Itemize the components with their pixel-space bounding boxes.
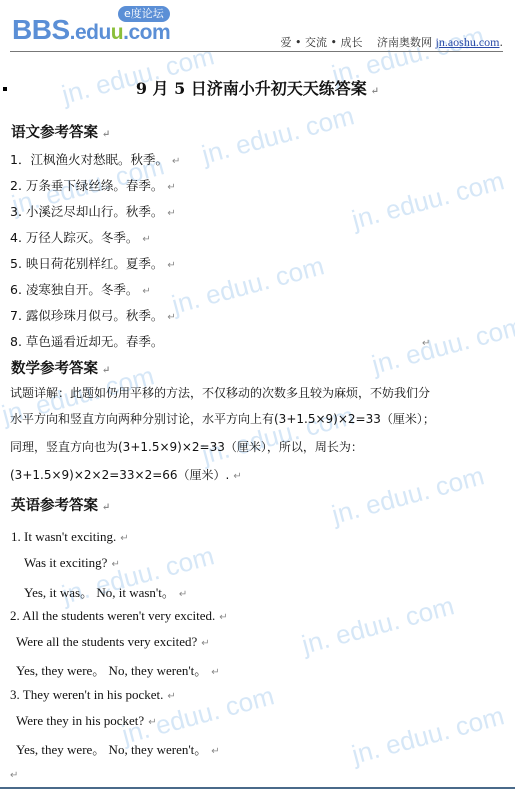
- chinese-answer: 5. 映日荷花别样红。夏季。↵: [10, 254, 176, 272]
- header-slogan: 爱 • 交流 • 成长 济南奥数网 jn.aoshu.com.: [281, 34, 503, 50]
- math-explanation-line: 同理，竖直方向也为(3+1.5×9)×2=33（厘米），所以，周长为：: [10, 438, 363, 455]
- logo-badge: e度论坛: [118, 6, 170, 22]
- slogan-end: .: [500, 36, 504, 49]
- english-answer: 3. They weren't in his pocket.↵: [10, 687, 176, 703]
- english-heading: 英语参考答案↵: [11, 494, 110, 515]
- math-explanation-line: 水平方向和竖直方向两种分别讨论，水平方向上有(3+1.5×9)×2=33（厘米）…: [10, 410, 435, 427]
- document-title: 9 月 5 日济南小升初天天练答案↵: [0, 76, 515, 99]
- chinese-answer: 6. 凌寒独自开。冬季。↵: [10, 280, 151, 298]
- english-answer: Yes, they were。 No, they weren't。↵: [16, 660, 220, 679]
- english-answer: Yes, they were。 No, they weren't。↵: [16, 739, 220, 758]
- english-answer: Yes, it was。 No, it wasn't。↵: [24, 582, 187, 601]
- paragraph-mark: ↵: [6, 766, 18, 781]
- chinese-answer: 1．江枫渔火对愁眠。秋季。↵: [10, 150, 180, 168]
- slogan-text: 爱 • 交流 • 成长 济南奥数网: [281, 36, 436, 49]
- aoshu-link[interactable]: jn.aoshu.com: [436, 35, 500, 49]
- chinese-answer: 8. 草色遥看近却无。春季。: [10, 332, 163, 350]
- header-divider: [10, 51, 503, 52]
- page-header: BBS.eduu.com e度论坛 爱 • 交流 • 成长 济南奥数网 jn.a…: [0, 0, 515, 56]
- chinese-answer: 2. 万条垂下绿丝绦。春季。↵: [10, 176, 176, 194]
- paragraph-mark: ↵: [418, 334, 430, 349]
- english-answer: Were they in his pocket?↵: [16, 713, 157, 729]
- english-answer: 2. All the students weren't very excited…: [10, 608, 228, 624]
- math-explanation-line: 试题详解：此题如仍用平移的方法，不仅移动的次数多且较为麻烦，不妨我们分: [10, 384, 430, 401]
- english-answer: Was it exciting?↵: [24, 555, 120, 571]
- math-heading: 数学参考答案↵: [11, 357, 110, 378]
- chinese-answer: 7. 露似珍珠月似弓。秋季。↵: [10, 306, 176, 324]
- math-explanation-line: (3+1.5×9)×2×2=33×2=66（厘米）.↵: [10, 466, 242, 483]
- english-answer: 1. It wasn't exciting.↵: [11, 529, 129, 545]
- chinese-answer: 3. 小溪泛尽却山行。秋季。↵: [10, 202, 176, 220]
- english-answer: Were all the students very excited?↵: [16, 634, 210, 650]
- chinese-answer: 4. 万径人踪灭。冬季。↵: [10, 228, 151, 246]
- chinese-heading: 语文参考答案↵: [11, 121, 110, 142]
